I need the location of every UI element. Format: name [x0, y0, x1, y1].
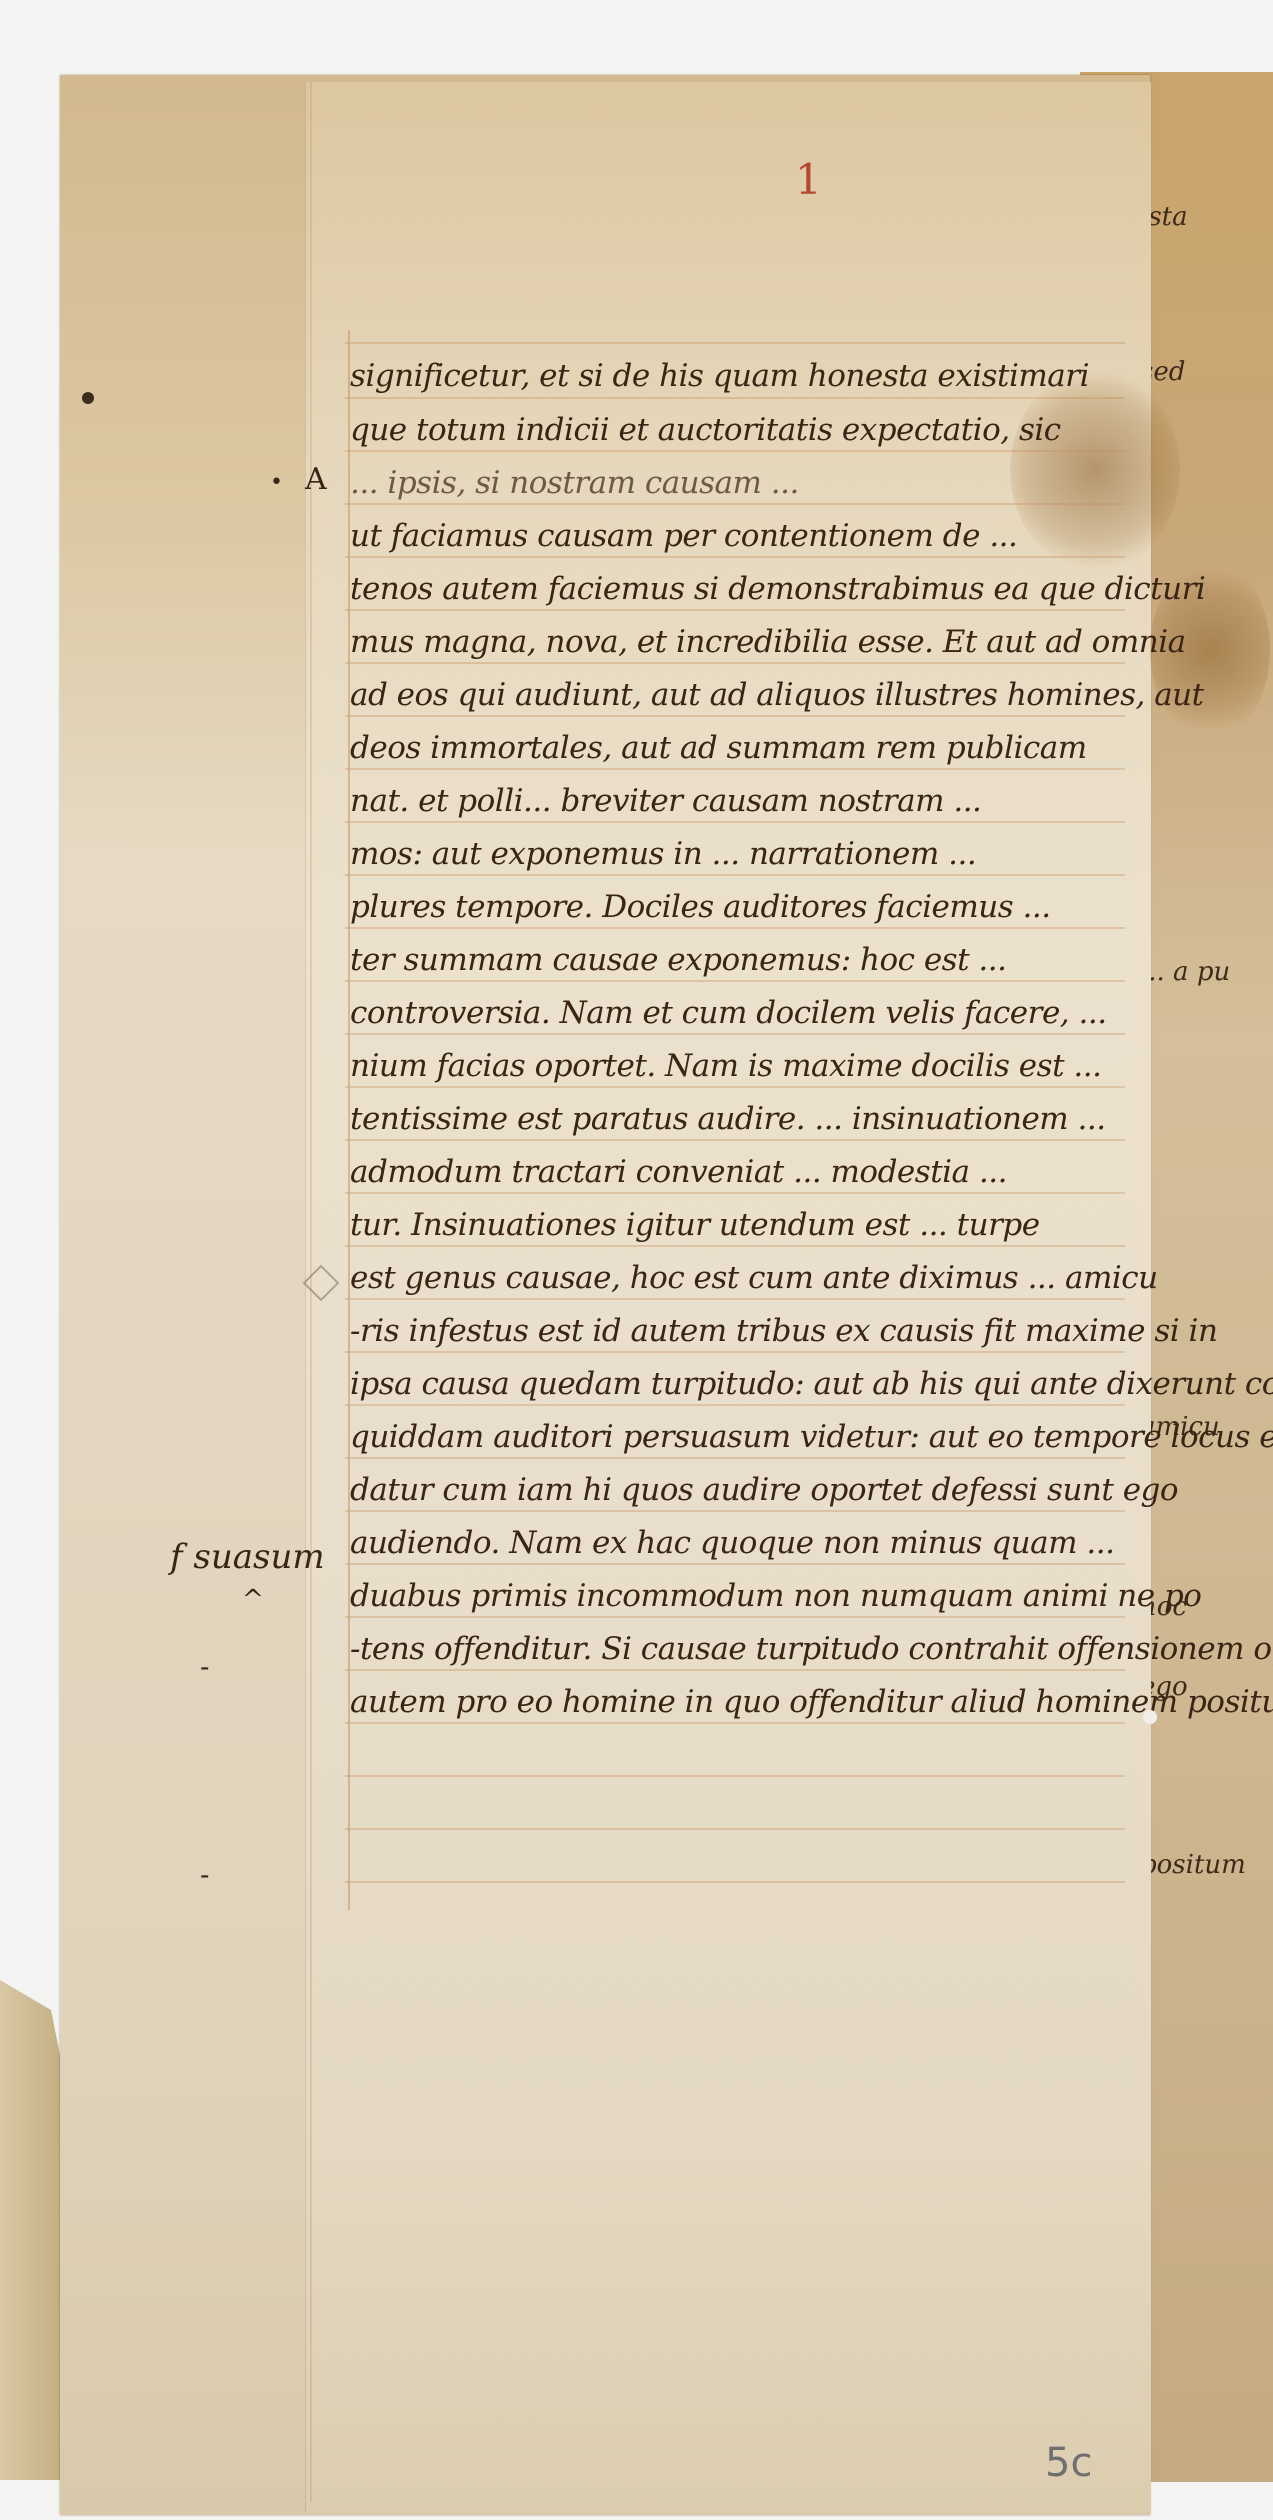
ruling-line	[345, 1086, 1125, 1088]
ruling-line	[345, 1775, 1125, 1777]
ruling-line	[345, 342, 1125, 344]
ruling-line	[345, 1563, 1125, 1565]
text-line: tur. Insinuationes igitur utendum est ..…	[350, 1207, 1040, 1243]
ruling-line	[345, 397, 1125, 399]
margin-note: f suasum	[170, 1537, 325, 1577]
ruling-line	[345, 980, 1125, 982]
ruling-line	[345, 556, 1125, 558]
ruling-line	[345, 715, 1125, 717]
water-stain	[1010, 370, 1180, 570]
ruling-line	[345, 1722, 1125, 1724]
ruling-line	[345, 1245, 1125, 1247]
text-line: plures tempore. Dociles auditores faciem…	[350, 889, 1051, 925]
ruling-line	[345, 1298, 1125, 1300]
text-line: datur cum iam hi quos audire oportet def…	[350, 1472, 1178, 1508]
ruling-line	[345, 662, 1125, 664]
ruling-line	[345, 1457, 1125, 1459]
text-line: ut faciamus causam per contentionem de .…	[350, 518, 1017, 554]
text-line: tentissime est paratus audire. ... insin…	[350, 1101, 1106, 1137]
text-line: admodum tractari conveniat ... modestia …	[350, 1154, 1007, 1190]
ruling-line	[345, 1881, 1125, 1883]
margin-mark: -	[200, 1650, 209, 1683]
margin-mark: -	[200, 1858, 209, 1891]
text-line: ... ipsis, si nostram causam ...	[350, 465, 799, 501]
ruling-line	[345, 768, 1125, 770]
shelfmark-note: 5c	[1045, 2440, 1092, 2486]
margin-letter: A	[305, 462, 327, 497]
text-line: -ris infestus est id autem tribus ex cau…	[350, 1313, 1217, 1349]
text-line: significetur, et si de his quam honesta …	[350, 358, 1089, 394]
binding-hole	[82, 392, 94, 404]
text-line: controversia. Nam et cum docilem velis f…	[350, 995, 1107, 1031]
ruling-line	[345, 1033, 1125, 1035]
text-line: tenos autem faciemus si demonstrabimus e…	[350, 571, 1205, 607]
ruling-line	[345, 1616, 1125, 1618]
parchment-hole	[1143, 1710, 1157, 1724]
margin-mark: •	[270, 470, 283, 495]
text-line: ipsa causa quedam turpitudo: aut ab his …	[350, 1366, 1273, 1402]
ruling-line	[345, 821, 1125, 823]
text-line: autem pro eo homine in quo offenditur al…	[350, 1684, 1273, 1720]
text-line: nat. et polli... breviter causam nostram…	[350, 783, 981, 819]
ruling-line	[345, 450, 1125, 452]
folio-number: 1	[795, 155, 822, 204]
ruling-line	[345, 1404, 1125, 1406]
ruling-line	[345, 1828, 1125, 1830]
right-leaf-text: ... a pu	[1140, 957, 1230, 987]
ruling-line	[345, 1669, 1125, 1671]
ruling-line	[345, 927, 1125, 929]
text-line: duabus primis incommodum non numquam ani…	[350, 1578, 1201, 1614]
text-line: deos immortales, aut ad summam rem publi…	[350, 730, 1087, 766]
ruling-line	[345, 503, 1125, 505]
ruling-line	[345, 1510, 1125, 1512]
text-line: ter summam causae exponemus: hoc est ...	[350, 942, 1006, 978]
text-line: nium facias oportet. Nam is maxime docil…	[350, 1048, 1101, 1084]
ruling-line	[345, 1192, 1125, 1194]
right-leaf-text: positum	[1140, 1850, 1246, 1880]
ruling-line	[345, 1139, 1125, 1141]
text-line: est genus causae, hoc est cum ante dixim…	[350, 1260, 1158, 1296]
text-line: que totum indicii et auctoritatis expect…	[350, 412, 1061, 448]
ruling-line	[345, 609, 1125, 611]
insertion-mark: ^	[242, 1585, 264, 1615]
text-line: ad eos qui audiunt, aut ad aliquos illus…	[350, 677, 1204, 713]
text-line: quiddam auditori persuasum videtur: aut …	[350, 1419, 1273, 1455]
text-line: -tens offenditur. Si causae turpitudo co…	[350, 1631, 1273, 1667]
text-line: audiendo. Nam ex hac quoque non minus qu…	[350, 1525, 1114, 1561]
ruling-line	[345, 1351, 1125, 1353]
text-line: mus magna, nova, et incredibilia esse. E…	[350, 624, 1186, 660]
text-line: mos: aut exponemus in ... narrationem ..…	[350, 836, 976, 872]
ruling-line	[345, 874, 1125, 876]
